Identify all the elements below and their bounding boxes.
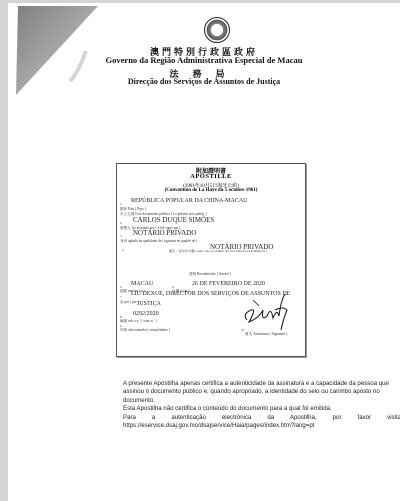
note-content: Esta Apostilha não certifica o conteúdo … [123,405,400,413]
capacity-value: NOTÁRIO PRIVADO [133,229,196,237]
apostille-title: APOSTILLE [117,173,305,180]
government-name-pt: Governo da Região Administrativa Especia… [8,55,400,65]
seal-label: 蓋有 ... 的印章/印鑑 e tem o selo ou carimbo de… [169,249,267,253]
country-value: REPÚBLICA POPULAR DA CHINA-MACAU [131,198,248,204]
apostille-number-value: 0292/2020 [133,311,159,317]
note-authenticity: A presente Apostilha apenas certifica a … [123,380,400,405]
apostille-notes: A presente Apostilha apenas certifica a … [123,380,400,430]
convention: (Convention de La Haye du 5 octobre 1961… [117,188,305,193]
stamp-label: 印章 selo/carimbo ( sceau/timbre ) [120,328,170,333]
place-value: MACAU [131,281,153,287]
field-number: 1. [120,202,122,206]
signature-image [237,292,297,332]
apostille-certificate: 附加證明書 APOSTILLE (1961年10月5日海牙公約) (Conven… [116,163,306,357]
field-number: 4. [122,248,124,252]
verification-url[interactable]: https://eservice.dsaj.gov.mo/dsajservice… [123,422,400,430]
date-value: 26 DE FEVEREIRO DE 2020 [192,281,265,287]
signature-label: 簽名 Assinatura ( Signature ) [245,332,287,337]
apostille-number-label: 編號 sob o n.º ( sous n.º ) [120,319,157,324]
department-name-pt: Direcção dos Serviços de Assuntos de Jus… [8,77,400,86]
field-number: 3. [120,234,122,238]
note-electronic-verification: Para a autenticação electrónica da Apost… [123,414,400,422]
document-page: 澳門特別行政區政府 Governo da Região Administrati… [8,3,400,501]
signed-by-value: CARLOS DUQUE SIMÕES [133,216,214,224]
field-number: 7. [120,295,122,299]
capacity-label: 身份 agindo na qualidade de ( agissant en … [120,239,197,244]
macau-emblem-icon [204,17,230,43]
authority-value-cont: JUSTIÇA [137,301,161,307]
field-number: 2. [120,221,122,225]
certified-label: 證明 Reconhecido ( Attesté ) [189,272,231,277]
